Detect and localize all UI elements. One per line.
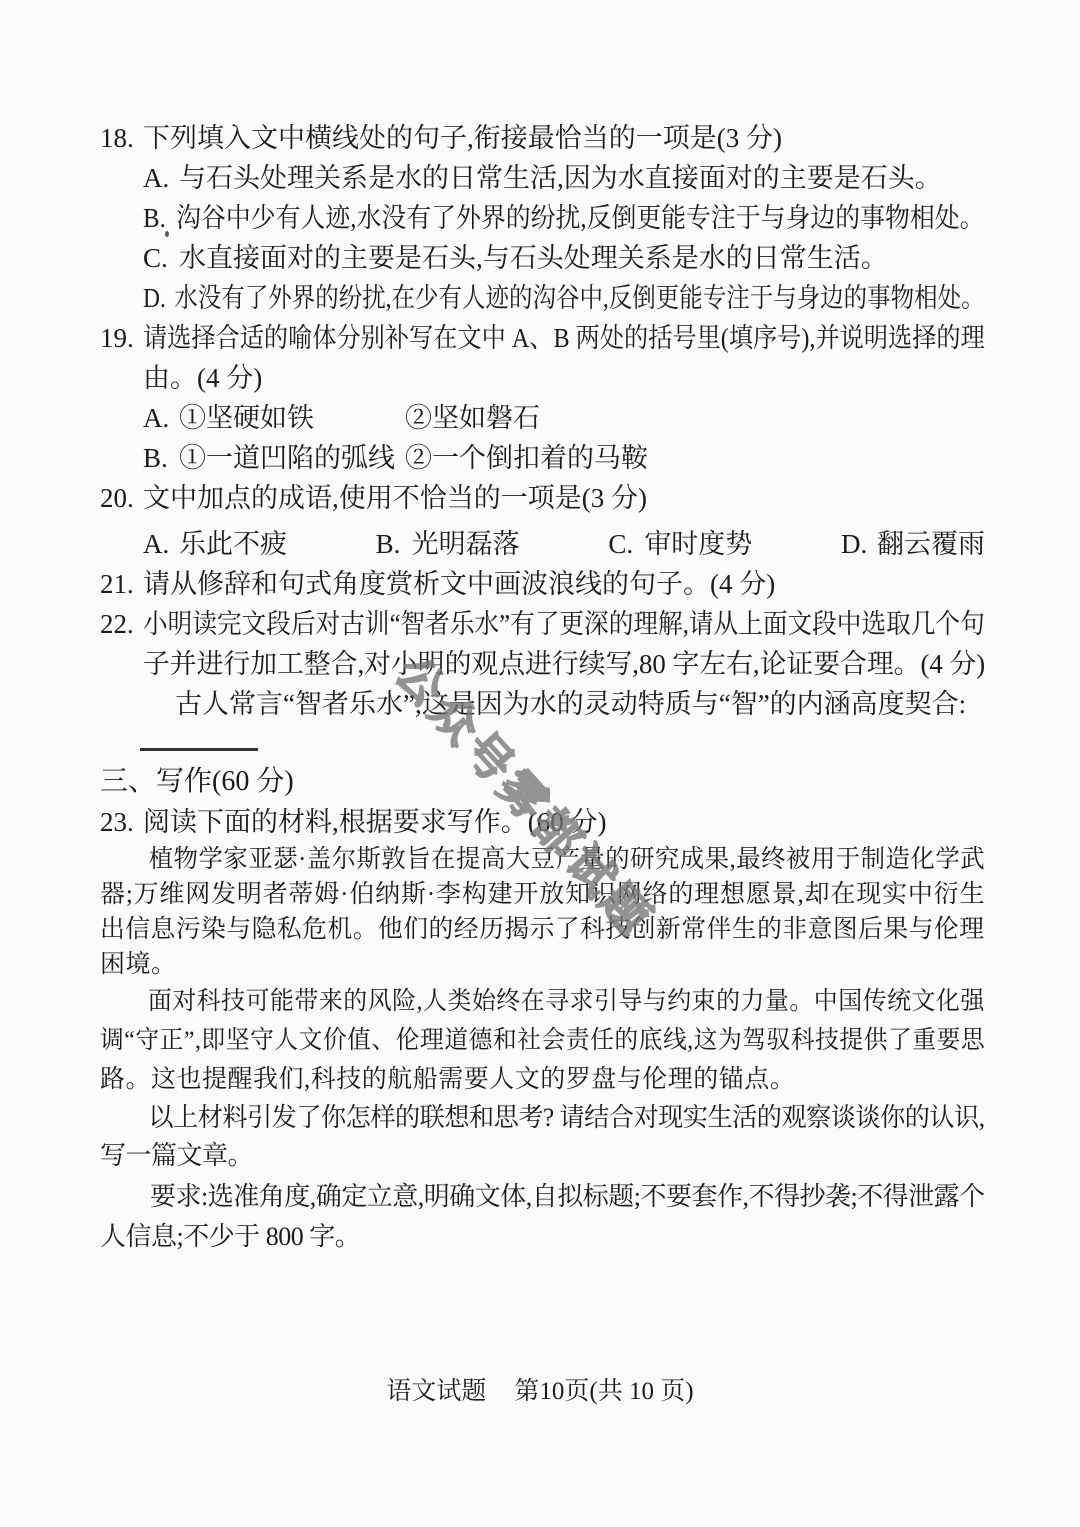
question-stem: 文中加点的成语,使用不恰当的一项是(3 分) — [143, 478, 985, 518]
option-text: 审时度势 — [644, 529, 752, 559]
option-text: 乐此不疲 — [179, 529, 287, 559]
option-text: 水直接面对的主要是石头,与石头处理关系是水的日常生活。 — [179, 243, 888, 273]
question-stem: 请从修辞和句式角度赏析文中画波浪线的句子。(4 分) — [143, 564, 985, 604]
question-stem: 下列填入文中横线处的句子,衔接最恰当的一项是(3 分) — [143, 118, 985, 158]
footer-page-number: 第10页(共 10 页) — [514, 1372, 693, 1412]
question-section: 18. 下列填入文中横线处的句子,衔接最恰当的一项是(3 分) A.与石头处理关… — [100, 118, 985, 751]
option-label: A. — [143, 524, 179, 564]
option-a: A.乐此不疲 — [143, 524, 287, 564]
option-label: B. — [143, 198, 176, 238]
exam-page: 公众号雾都试题 18. 下列填入文中横线处的句子,衔接最恰当的一项是(3 分) … — [0, 0, 1080, 1527]
question-19: 19. 请选择合适的喻体分别补写在文中 A、B 两处的括号里(填序号),并说明选… — [100, 318, 985, 478]
option-label: C. — [608, 524, 644, 564]
essay-prompt: 以上材料引发了你怎样的联想和思考? 请结合对现实生活的观察谈谈你的认识, 写一篇… — [100, 1099, 985, 1175]
requirement-line: 要求:选准角度,确定立意,明确文体,自拟标题;不要套作,不得抄袭;不得泄露个 — [100, 1177, 985, 1217]
option-text: 光明磊落 — [412, 529, 520, 559]
pair-first: ①坚硬如铁 — [179, 398, 405, 438]
option-b: B.光明磊落 — [376, 524, 520, 564]
pair-second: ②坚如磐石 — [405, 403, 540, 433]
essay-material: 植物学家亚瑟·盖尔斯敦旨在提高大豆产量的研究成果,最终被用于制造化学武 器;万维… — [100, 842, 985, 1099]
option-label: C. — [143, 238, 179, 278]
material-paragraph-1: 植物学家亚瑟·盖尔斯敦旨在提高大豆产量的研究成果,最终被用于制造化学武 器;万维… — [100, 842, 985, 982]
option-b: B.沟谷中少有人迹,水没有了外界的纷扰,反倒更能专注于与身边的事物相处。 — [143, 198, 919, 238]
question-stem-line-2: 子并进行加工整合,对小明的观点进行续写,80 字左右,论证要合理。(4 分) — [143, 644, 979, 684]
footer-paper-title: 语文试题 — [386, 1372, 486, 1412]
prompt-line: 写一篇文章。 — [100, 1137, 985, 1175]
prompt-line: 以上材料引发了你怎样的联想和思考? 请结合对现实生活的观察谈谈你的认识, — [100, 1099, 956, 1137]
pair-first: ①一道凹陷的弧线 — [179, 438, 405, 478]
option-a: A.与石头处理关系是水的日常生活,因为水直接面对的主要是石头。 — [143, 158, 985, 198]
question-number: 21. — [100, 564, 143, 604]
option-text: 翻云覆雨 — [877, 529, 985, 559]
question-stem-line-2: 由。(4 分) — [143, 358, 985, 398]
material-line: 器;万维网发明者蒂姆·伯纳斯·李构建开放知识网络的理想愿景,却在现实中衍生 — [100, 877, 985, 912]
answer-blank-line — [140, 748, 258, 751]
option-label: D. — [143, 278, 174, 318]
requirement-line: 人信息;不少于 800 字。 — [100, 1217, 985, 1257]
option-text: 沟谷中少有人迹,水没有了外界的纷扰,反倒更能专注于与身边的事物相处。 — [176, 203, 984, 233]
pair-second: ②一个倒扣着的马鞍 — [405, 443, 648, 473]
page-footer: 语文试题 第10页(共 10 页) — [0, 1372, 1080, 1412]
option-c: C.审时度势 — [608, 524, 752, 564]
essay-requirements: 要求:选准角度,确定立意,明确文体,自拟标题;不要套作,不得抄袭;不得泄露个 人… — [100, 1177, 985, 1257]
option-text: 水没有了外界的纷扰,在少有人迹的沟谷中,反倒更能专注于与身边的事物相处。 — [174, 283, 984, 313]
material-line: 路。这也提醒我们,科技的航船需要人文的罗盘与伦理的锚点。 — [100, 1060, 985, 1099]
question-number: 19. — [100, 318, 143, 358]
continuation-sentence: 古人常言“智者乐水”,这是因为水的灵动特质与“智”的内涵高度契合: — [143, 684, 985, 724]
section-heading: 三、写作(60 分) — [100, 762, 985, 802]
option-text: 与石头处理关系是水的日常生活,因为水直接面对的主要是石头。 — [179, 163, 942, 193]
question-22: 22. 小明读完文段后对古训“智者乐水”有了更深的理解,请从上面文段中选取几个句… — [100, 604, 985, 724]
option-label: D. — [841, 524, 877, 564]
option-label: A. — [143, 398, 179, 438]
question-21: 21. 请从修辞和句式角度赏析文中画波浪线的句子。(4 分) — [100, 564, 985, 604]
question-stem-line-1: 小明读完文段后对古训“智者乐水”有了更深的理解,请从上面文段中选取几个句 — [143, 604, 912, 644]
question-number: 18. — [100, 118, 143, 158]
question-23: 23. 阅读下面的材料,根据要求写作。(60 分) — [100, 802, 985, 842]
question-number: 23. — [100, 802, 143, 842]
option-label: B. — [143, 438, 179, 478]
question-number: 20. — [100, 478, 143, 518]
inline-options-row: A.乐此不疲 B.光明磊落 C.审时度势 D.翻云覆雨 — [143, 524, 985, 564]
option-d: D.水没有了外界的纷扰,在少有人迹的沟谷中,反倒更能专注于与身边的事物相处。 — [143, 278, 875, 318]
question-18: 18. 下列填入文中横线处的句子,衔接最恰当的一项是(3 分) A.与石头处理关… — [100, 118, 985, 318]
material-line: 面对科技可能带来的风险,人类始终在寻求引导与约束的力量。中国传统文化强 — [100, 982, 948, 1021]
material-line: 困境。 — [100, 947, 985, 982]
question-stem-line-1: 请选择合适的喻体分别补写在文中 A、B 两处的括号里(填序号),并说明选择的理 — [143, 318, 897, 358]
material-line: 植物学家亚瑟·盖尔斯敦旨在提高大豆产量的研究成果,最终被用于制造化学武 — [100, 842, 964, 877]
option-pair-a: A.①坚硬如铁②坚如磐石 — [143, 398, 985, 438]
question-stem: 阅读下面的材料,根据要求写作。(60 分) — [143, 802, 985, 842]
option-pair-b: B.①一道凹陷的弧线②一个倒扣着的马鞍 — [143, 438, 985, 478]
option-d: D.翻云覆雨 — [841, 524, 985, 564]
exam-body: 18. 下列填入文中横线处的句子,衔接最恰当的一项是(3 分) A.与石头处理关… — [100, 118, 985, 1257]
question-number: 22. — [100, 604, 143, 644]
option-c: C.水直接面对的主要是石头,与石头处理关系是水的日常生活。 — [143, 238, 985, 278]
material-line: 出信息污染与隐私危机。他们的经历揭示了科技创新常伴生的非意图后果与伦理 — [100, 912, 977, 947]
option-label: B. — [376, 524, 412, 564]
question-20: 20. 文中加点的成语,使用不恰当的一项是(3 分) A.乐此不疲 B.光明磊落… — [100, 478, 985, 564]
option-label: A. — [143, 158, 179, 198]
material-paragraph-2: 面对科技可能带来的风险,人类始终在寻求引导与约束的力量。中国传统文化强 调“守正… — [100, 982, 985, 1099]
material-line: 调“守正”,即坚守人文价值、伦理道德和社会责任的底线,这为驾驭科技提供了重要思 — [100, 1021, 943, 1060]
